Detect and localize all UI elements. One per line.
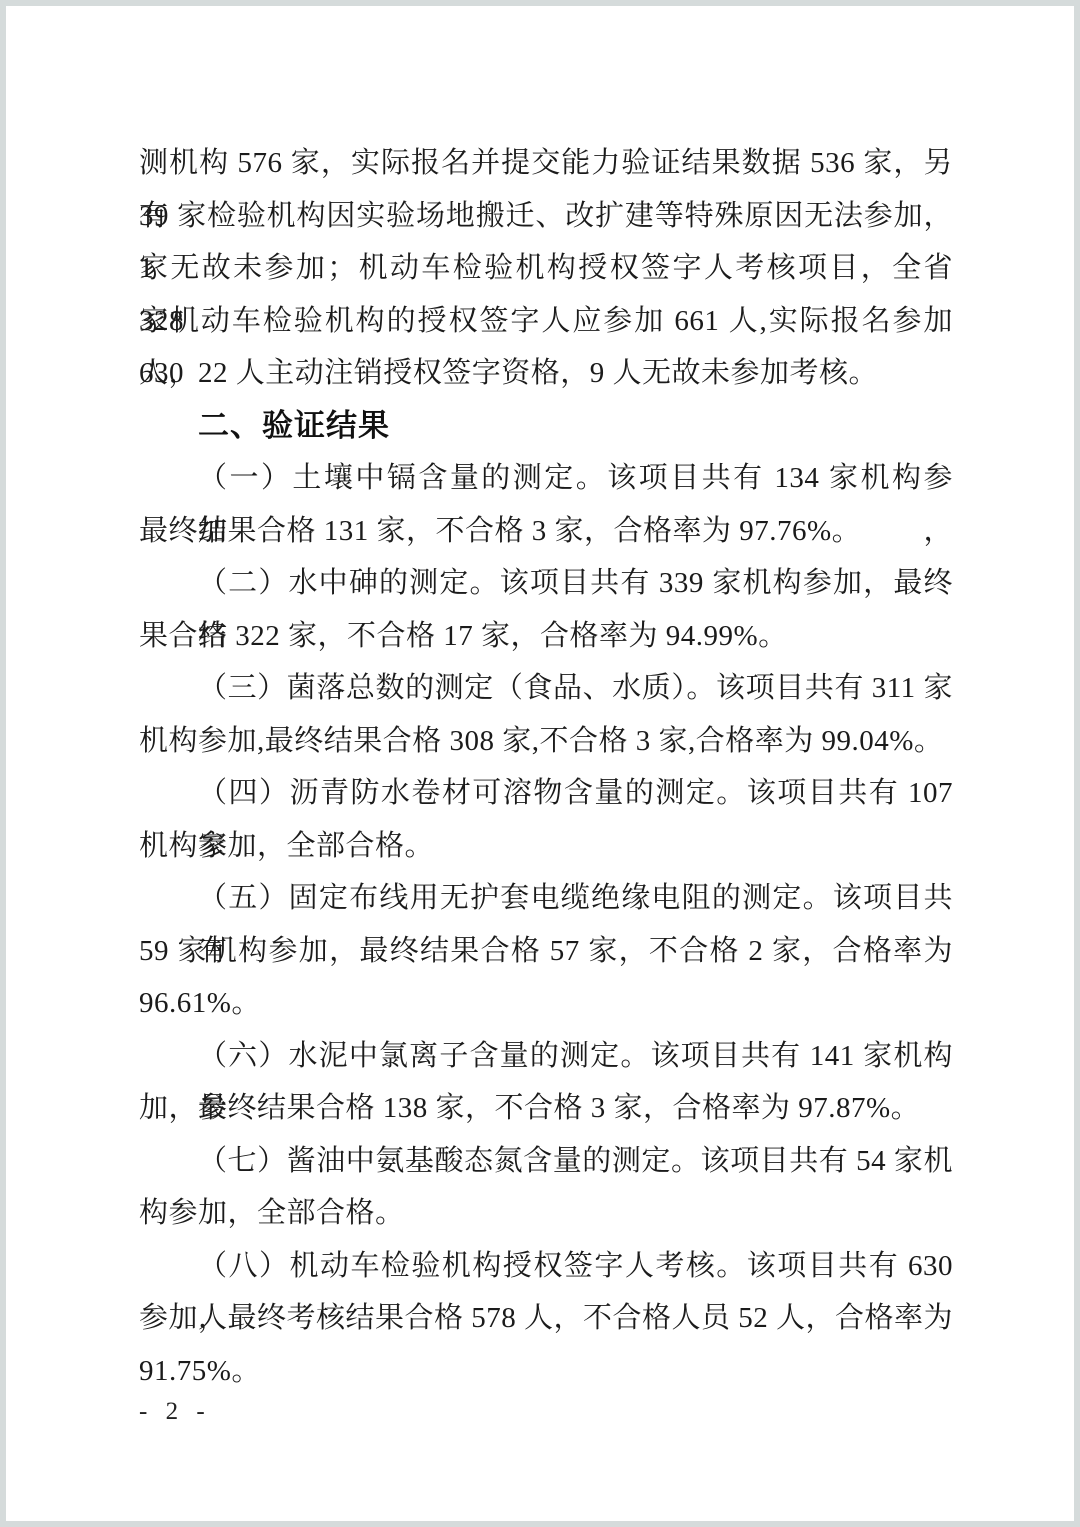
section-heading: 二、验证结果	[139, 400, 953, 453]
text-line: 96.61%。	[139, 977, 953, 1030]
document-page: 测机构 576 家，实际报名并提交能力验证结果数据 536 家，另有39 家检验…	[0, 0, 1080, 1527]
text-line: （三）菌落总数的测定（食品、水质）。该项目共有 311 家	[139, 662, 953, 715]
text-line: 39 家检验机构因实验场地搬迁、改扩建等特殊原因无法参加，1	[139, 190, 953, 243]
text-line: 果合格 322 家，不合格 17 家，合格率为 94.99%。	[139, 610, 953, 663]
text-line: （二）水中砷的测定。该项目共有 339 家机构参加，最终结	[139, 557, 953, 610]
document-body: 测机构 576 家，实际报名并提交能力验证结果数据 536 家，另有39 家检验…	[139, 137, 953, 1397]
text-line: 家无故未参加；机动车检验机构授权签字人考核项目，全省 328	[139, 242, 953, 295]
text-line: 构参加，全部合格。	[139, 1187, 953, 1240]
text-line: （六）水泥中氯离子含量的测定。该项目共有 141 家机构参	[139, 1030, 953, 1083]
text-line: 91.75%。	[139, 1345, 953, 1398]
text-line: 机构参加,最终结果合格 308 家,不合格 3 家,合格率为 99.04%。	[139, 715, 953, 768]
text-line: 测机构 576 家，实际报名并提交能力验证结果数据 536 家，另有	[139, 137, 953, 190]
page-number: - 2 -	[139, 1398, 211, 1426]
text-line: 加，最终结果合格 138 家，不合格 3 家，合格率为 97.87%。	[139, 1082, 953, 1135]
text-line: 机构参加，全部合格。	[139, 820, 953, 873]
text-line: 59 家机构参加，最终结果合格 57 家，不合格 2 家，合格率为	[139, 925, 953, 978]
text-line: （八）机动车检验机构授权签字人考核。该项目共有 630 人	[139, 1240, 953, 1293]
text-line: 参加，最终考核结果合格 578 人，不合格人员 52 人，合格率为	[139, 1292, 953, 1345]
text-line: 人，22 人主动注销授权签字资格，9 人无故未参加考核。	[139, 347, 953, 400]
text-line: 家机动车检验机构的授权签字人应参加 661 人,实际报名参加 630	[139, 295, 953, 348]
text-line: 最终结果合格 131 家，不合格 3 家，合格率为 97.76%。	[139, 505, 953, 558]
text-line: （七）酱油中氨基酸态氮含量的测定。该项目共有 54 家机	[139, 1135, 953, 1188]
text-line: （五）固定布线用无护套电缆绝缘电阻的测定。该项目共有	[139, 872, 953, 925]
text-line: （四）沥青防水卷材可溶物含量的测定。该项目共有 107 家	[139, 767, 953, 820]
text-line: （一）土壤中镉含量的测定。该项目共有 134 家机构参加，	[139, 452, 953, 505]
